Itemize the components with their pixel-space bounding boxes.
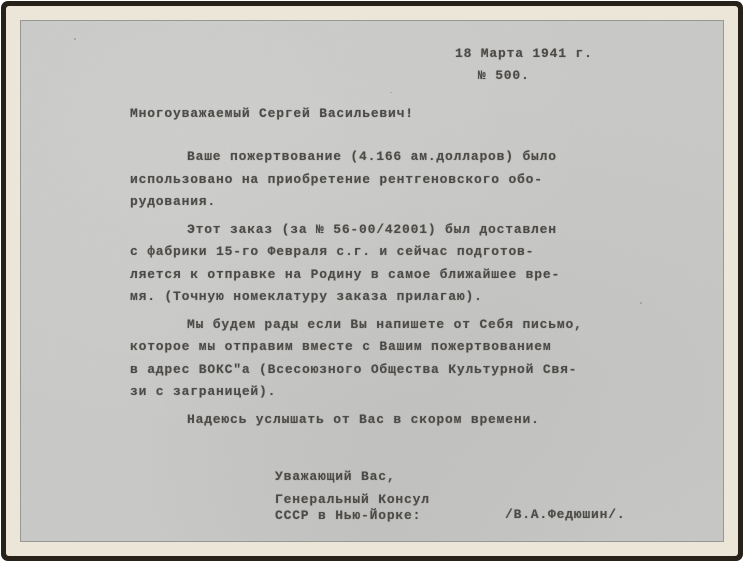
letter-line: которое мы отправим вместе с Вашим пожер…	[130, 336, 583, 359]
letter-number: № 500.	[478, 68, 530, 83]
letter-line: зи с заграницей).	[130, 381, 583, 404]
signature-title-line: Генеральный Консул	[275, 492, 430, 508]
letter-closing: Уважающий Вас,	[275, 469, 395, 484]
signature-title-line: СССР в Нью-Йорке:	[275, 508, 430, 524]
scanned-letter-view: 18 Марта 1941 г. № 500. Многоуважаемый С…	[0, 0, 744, 562]
letter-line: мя. (Точную номеклатуру заказа прилагаю)…	[130, 286, 583, 309]
letter-line: рудования.	[130, 191, 583, 214]
letter-line: Этот заказ (за № 56-00/42001) был достав…	[187, 219, 583, 242]
signature-name: /В.А.Федюшин/.	[505, 507, 625, 522]
letter-date: 18 Марта 1941 г.	[455, 46, 593, 61]
letter-line: использовано на приобретение рентгеновск…	[130, 169, 583, 192]
letter-line: ляется к отправке на Родину в самое ближ…	[130, 264, 583, 287]
letter-body: Ваше пожертвование (4.166 ам.долларов) б…	[130, 146, 583, 436]
paragraph: Этот заказ (за № 56-00/42001) был достав…	[130, 219, 583, 309]
signature-title: Генеральный Консул СССР в Нью-Йорке:	[275, 492, 430, 523]
paragraph: Мы будем рады если Вы напишете от Себя п…	[130, 314, 583, 404]
letter-line: с фабрики 15-го Февраля с.г. и сейчас по…	[130, 241, 583, 264]
letter-line: Мы будем рады если Вы напишете от Себя п…	[187, 314, 583, 337]
paragraph: Ваше пожертвование (4.166 ам.долларов) б…	[130, 146, 583, 214]
letter-content: 18 Марта 1941 г. № 500. Многоуважаемый С…	[0, 0, 744, 562]
letter-line: Ваше пожертвование (4.166 ам.долларов) б…	[187, 146, 583, 169]
letter-line: Надеюсь услышать от Вас в скором времени…	[187, 409, 583, 432]
letter-salutation: Многоуважаемый Сергей Васильевич!	[130, 106, 414, 121]
letter-line: в адрес ВОКС"а (Всесоюзного Общества Кул…	[130, 359, 583, 382]
paragraph: Надеюсь услышать от Вас в скором времени…	[130, 409, 583, 432]
